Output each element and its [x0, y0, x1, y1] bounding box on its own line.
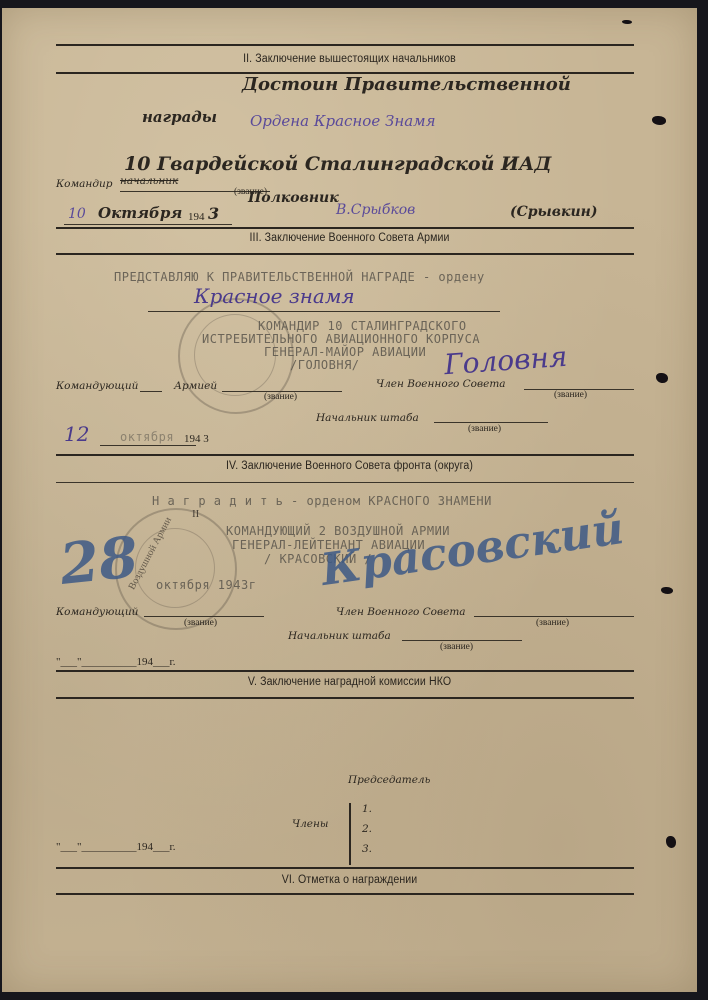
army-label: Армией [174, 380, 217, 392]
rank-caption: (звание) [184, 618, 217, 628]
typed-signature-block-4: /ГОЛОВНЯ/ [290, 358, 360, 372]
punch-hole [666, 836, 676, 848]
members-label: Члены [292, 818, 328, 830]
rank-caption: (звание) [264, 392, 297, 402]
divider [56, 670, 634, 672]
divider [56, 867, 634, 869]
section-3-title: III. Заключение Военного Совета Армии [30, 232, 669, 244]
commission-date-blank: "___"__________194___г. [56, 841, 176, 853]
section-6-title: VI. Отметка о награждении [30, 874, 669, 886]
conclusion-handwritten-line2a: награды [142, 108, 217, 126]
commander-label: Командир [56, 178, 112, 190]
blank-line [402, 640, 522, 641]
divider [56, 697, 634, 699]
front-signature: Красовский [318, 503, 627, 596]
typed-decision: Н а г р а д и т ь - орденом КРАСНОГО ЗНА… [152, 494, 492, 508]
order-underline [148, 311, 500, 312]
member-number: 1. [362, 803, 372, 815]
member-number: 2. [362, 823, 372, 835]
blank-line [140, 391, 162, 392]
unit-handwritten: 10 Гвардейской Сталинградской ИАД [124, 153, 551, 175]
conclusion-handwritten-line2b: Ордена Красное Знамя [250, 112, 436, 130]
award-sheet-page: II. Заключение вышестоящих начальников Д… [2, 8, 697, 992]
front-date-day: 28 [57, 524, 141, 598]
army-commander-label: Командующий [56, 380, 138, 392]
typed-signature-block-1: КОМАНДИР 10 СТАЛИНГРАДСКОГО [258, 319, 467, 333]
section-5-title: V. Заключение наградной комиссии НКО [30, 676, 669, 688]
chairman-label: Председатель [348, 774, 430, 786]
typed-front-date: октября 1943г [156, 578, 256, 592]
council-member-label: Член Военного Совета [376, 378, 506, 390]
front-commander-label: Командующий [56, 606, 138, 618]
punch-hole [652, 116, 666, 125]
members-bracket [349, 803, 351, 865]
divider [56, 454, 634, 456]
front-council-member-label: Член Военного Совета [336, 606, 466, 618]
typed-signature-block-3: ГЕНЕРАЛ-МАЙОР АВИАЦИИ [264, 345, 426, 359]
punch-hole [622, 20, 632, 24]
rank-caption: (звание) [536, 618, 569, 628]
stamp-numeral: II [192, 508, 199, 520]
commander-name: (Срывкин) [510, 204, 597, 220]
conclusion-handwritten-line1: Достоин Правительственной [242, 74, 571, 95]
blank-line [474, 616, 634, 617]
divider [56, 253, 634, 255]
divider [56, 44, 634, 46]
front-date-blank: "___"__________194___г. [56, 656, 176, 668]
commander-signature: В.Срыбков [336, 202, 415, 218]
rank-caption: (звание) [468, 424, 501, 434]
army-date-year: 194 3 [184, 433, 209, 445]
section-2-title: II. Заключение вышестоящих начальников [30, 53, 669, 65]
front-chief-of-staff-label: Начальник штаба [288, 630, 391, 642]
chief-of-staff-label: Начальник штаба [316, 412, 419, 424]
punch-hole [656, 373, 668, 383]
blank-line [144, 616, 264, 617]
date-year-suffix: 3 [208, 204, 219, 223]
date-month: Октября [98, 204, 182, 222]
order-handwritten: Красное знамя [194, 284, 355, 308]
divider [56, 227, 634, 229]
member-number: 3. [362, 843, 372, 855]
army-date-month: октября [120, 430, 174, 444]
rank-handwritten: Полковник [248, 190, 339, 206]
punch-hole [661, 587, 673, 594]
rank-caption: (звание) [440, 642, 473, 652]
divider [56, 893, 634, 895]
section-4-title: IV. Заключение Военного Совета фронта (о… [30, 460, 669, 472]
divider [56, 482, 634, 483]
date-day: 10 [68, 206, 86, 222]
date-year-prefix: 194 [188, 211, 205, 223]
typed-recommendation: ПРЕДСТАВЛЯЮ К ПРАВИТЕЛЬСТВЕННОЙ НАГРАДЕ … [114, 270, 485, 284]
rank-caption: (звание) [554, 390, 587, 400]
date-underline [100, 445, 196, 446]
commander-struck-label: начальник [120, 175, 178, 187]
typed-signature-block-2: ИСТРЕБИТЕЛЬНОГО АВИАЦИОННОГО КОРПУСА [202, 332, 480, 346]
blank-line [434, 422, 548, 423]
date-underline [64, 224, 232, 225]
army-date-day: 12 [64, 422, 89, 446]
